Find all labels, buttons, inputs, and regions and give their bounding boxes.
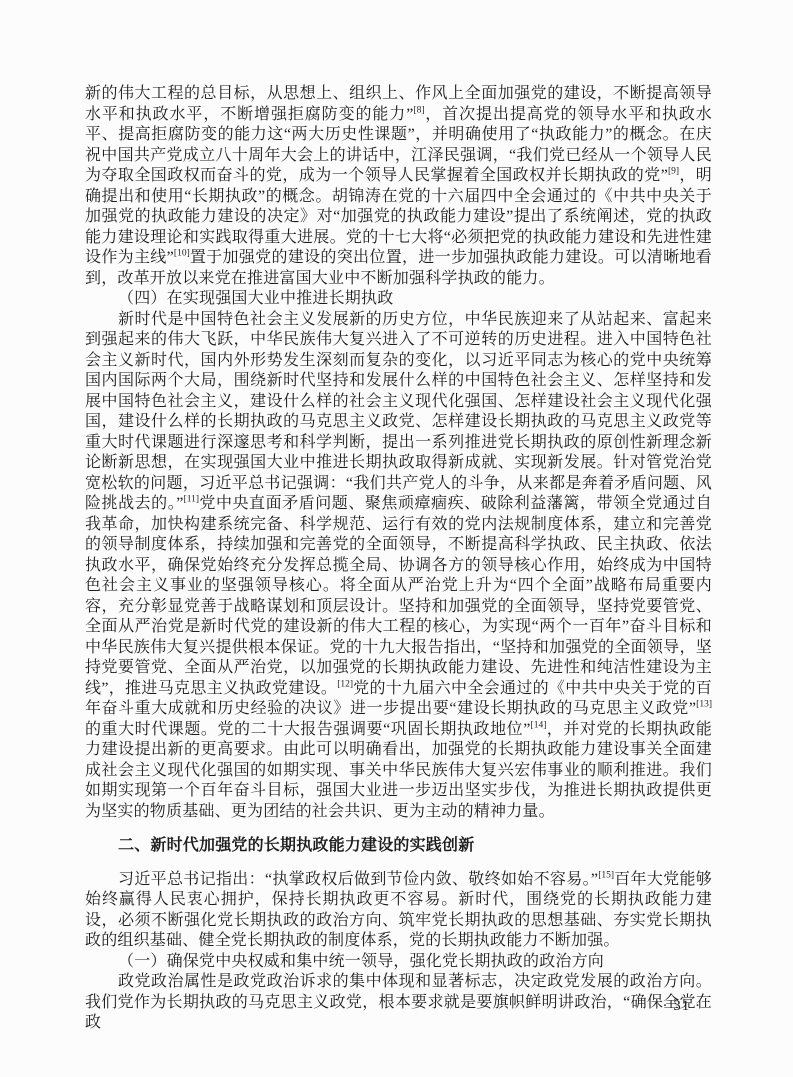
body-paragraph-practice: 习近平总书记指出：“执掌政权后做到节俭内敛、敬终如始不容易。”[15]百年大党能… bbox=[85, 870, 712, 952]
body-paragraph-new-era: 新时代是中国特色社会主义发展新的历史方位，中华民族迎来了从站起来、富起来到强起来… bbox=[85, 310, 712, 823]
body-paragraph-political-direction: 政党政治属性是政党政治诉求的集中体现和显著标志，决定政党发展的政治方向。我们党作… bbox=[85, 972, 712, 1034]
footnote-ref: [10] bbox=[174, 249, 190, 259]
subsection-heading-4: （四）在实现强国大业中推进长期执政 bbox=[85, 289, 712, 310]
footnote-ref: [15] bbox=[598, 870, 614, 880]
footnote-ref: [11] bbox=[184, 495, 199, 505]
document-page: 新的伟大工程的总目标，从思想上、组织上、作风上全面加强党的建设，不断提高领导水平… bbox=[0, 0, 793, 1077]
footnote-ref: [14] bbox=[531, 720, 547, 730]
page-number: · 31 · bbox=[663, 998, 702, 1015]
footnote-ref: [9] bbox=[668, 167, 679, 177]
paragraph-continuation: 新的伟大工程的总目标，从思想上、组织上、作风上全面加强党的建设，不断提高领导水平… bbox=[85, 84, 712, 289]
footnote-ref: [12] bbox=[337, 679, 353, 689]
page-body: 新的伟大工程的总目标，从思想上、组织上、作风上全面加强党的建设，不断提高领导水平… bbox=[85, 84, 712, 1034]
section-heading-2: 二、新时代加强党的长期执政能力建设的实践创新 bbox=[85, 836, 712, 857]
footnote-ref: [8] bbox=[414, 105, 425, 115]
footnote-ref: [13] bbox=[696, 700, 712, 710]
subsection-heading-1: （一）确保党中央权威和集中统一领导，强化党长期执政的政治方向 bbox=[85, 952, 712, 973]
